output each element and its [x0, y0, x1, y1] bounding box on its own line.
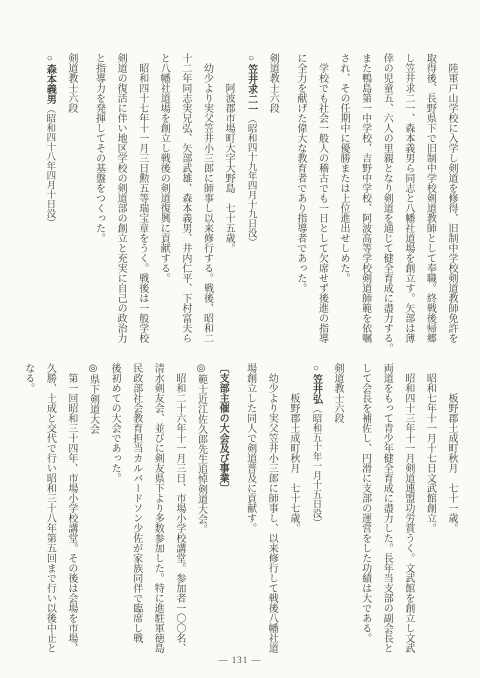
body-column: 両道をもって青少年健全育成に盡力した。長年当支部の副会長と	[376, 363, 398, 667]
scanned-book-page: 陸軍戸山学校に入学し剣道を修得、旧制中学校剣道教師免許を 取得後、長野県下で旧制…	[0, 0, 480, 678]
paragraph-column: また鴨島第一中学校、吉野中学校、阿波高等学校剣道師範を依嘱	[354, 53, 376, 357]
section-heading: 〔支部主催の大会及び事業〕	[211, 363, 233, 667]
address-line: 板野郡土成町秋月 七十一歳。	[440, 363, 462, 667]
body-column: 幼少より実父笠井小三郎に師事し以来修行する。戦後、昭和二	[196, 53, 218, 357]
death-date: （昭和四十八年四月十日没）	[44, 104, 54, 228]
person-name: ○森本義男	[44, 53, 55, 104]
paragraph-column: 取得後、長野県下で旧制中学校剣道教師として奉職。終戦後帰郷	[419, 53, 441, 357]
body-column: 幼少より実父笠井小三郎に師事し、以来修行して戦後八幡社道	[261, 363, 283, 667]
kendo-rank-heading: 剣道教士六段	[326, 363, 348, 667]
top-text-band: 陸軍戸山学校に入学し剣道を修得、旧制中学校剣道教師免許を 取得後、長野県下で旧制…	[38, 53, 462, 357]
paragraph-column: 倖の児童五、六人の里親となり剣道を通じて健全育成に盡力する。	[376, 53, 398, 357]
paragraph-column: 学校でも社会一般人の稽古でも一日として欠席せず後進の指導	[311, 53, 333, 357]
body-column: と八幡社道場を創立し戦後の剣道復興に貢献する。	[153, 53, 175, 357]
death-date: （昭和四十九年四月十九日没）	[246, 114, 256, 247]
paragraph-column: 陸軍戸山学校に入学し剣道を修得、旧制中学校剣道教師免許を	[440, 53, 462, 357]
body-column: 民政部社会教育担当カルバードソン少佐が家族同伴で臨席し戦	[125, 363, 147, 667]
address-line: 阿波郡市場町大字大野島 七十五歳。	[217, 53, 239, 357]
bottom-text-band: 板野郡土成町秋月 七十一歳。 昭和七年十一月十七日文武館創立。 昭和四十三年十一…	[17, 363, 462, 667]
event-title: ◎県下剣道大会	[82, 363, 104, 667]
person-entry-heading: ○森本義男（昭和四十八年四月十日没）	[38, 53, 61, 357]
paragraph-column: し笠井求二一、森本義男ら同志と八幡社道場を創立す。矢部は薄	[397, 53, 419, 357]
body-column: 昭和四十三年十一月剣道連盟功労賞うく。文武館を創立し文武	[397, 363, 419, 667]
body-column: と指導力を発揮してその基盤をつくった。	[88, 53, 110, 357]
body-column: 清水剣友会、並びに剣友県下より多数参加した。特に進駐軍徳島	[147, 363, 169, 667]
address-line: 板野郡土成町秋月 七十七歳。	[282, 363, 304, 667]
body-column: なる。	[17, 363, 39, 667]
paragraph-column: され、その任期中に優勝または上位進出せしめた。	[332, 53, 354, 357]
body-column: 十二年同志実兄弘、矢部武雄、森本義男、井内仁平、下村富夫ら	[174, 53, 196, 357]
page-number: — 131 —	[0, 655, 480, 665]
person-name: ○笠井弘	[310, 363, 321, 404]
person-name: ○笠井求二一	[246, 53, 257, 114]
body-column: 昭和七年十一月十七日文武館創立。	[419, 363, 441, 667]
kendo-rank-heading: 剣道教士六段	[60, 53, 82, 357]
person-entry-heading: ○笠井求二一（昭和四十九年四月十九日没）	[239, 53, 262, 357]
body-column: 剣道の復活に伴い地区学校の剣道部の創立と充実に自己の政治力	[110, 53, 132, 357]
person-entry-heading: ○笠井弘（昭和五十年一月十五日没）	[304, 363, 327, 667]
body-column: 後初めての大会であった。	[104, 363, 126, 667]
paragraph-column: に全力を献げた偉大な教育者であり指導者であった。	[289, 53, 311, 357]
body-column: 昭和二十六年十一月三日、市場小学校講堂。参加者一〇〇名、	[168, 363, 190, 667]
death-date: （昭和五十年一月十五日没）	[310, 404, 320, 528]
body-column: 第一回昭和三十四年、市場小学校講堂。その後は会場を市場、	[60, 363, 82, 667]
event-title: ◎範士近江佐久郎先生追悼剣道大会。	[190, 363, 212, 667]
body-column: して会長を補佐し、円滑に支部の運営をした功績は大である。	[354, 363, 376, 667]
body-column: 場創立した同人で剣道普及に貢献す。	[239, 363, 261, 667]
body-column: 久勝、土成と交代で行い昭和三十八年第五回まで行い以後中止と	[39, 363, 61, 667]
kendo-rank-heading: 剣道教士六段	[262, 53, 284, 357]
body-column: 昭和四十七年十一月三日勲五等瑞宝章をうく。戦後は一般学校	[131, 53, 153, 357]
